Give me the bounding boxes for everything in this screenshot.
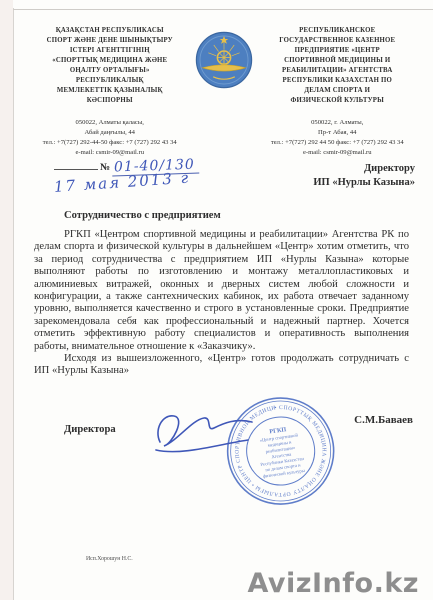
org-name-line: «СПОРТТЫҚ МЕДИЦИНА ЖӘНЕ bbox=[28, 56, 192, 66]
recipient-company: ИП «Нурлы Казына» bbox=[313, 176, 415, 190]
watermark-text: AvizInfo.kz bbox=[248, 568, 420, 599]
address-line: 050022, г. Алматы, bbox=[256, 118, 420, 128]
org-name-line: ГОСУДАРСТВЕННОЕ КАЗЕННОЕ bbox=[256, 36, 420, 46]
address-line: тел.: +7(727) 292 44 50 факс: +7 (727) 2… bbox=[256, 138, 420, 148]
signature-block: Директора • СПОРТТЫҚ МЕДИЦИНА ЖӘНЕ ОҢАЛТ… bbox=[30, 398, 415, 518]
recipient-title: Директору bbox=[313, 162, 415, 176]
letter-body: РГКП «Центром спортивной медицины и реаб… bbox=[34, 229, 409, 378]
org-name-line: ҚАЗАҚСТАН РЕСПУБЛИКАСЫ bbox=[28, 26, 192, 36]
address-line: тел.: +7(727) 292-44-50 факс: +7 (727) 2… bbox=[28, 138, 192, 148]
subject-line: Сотрудничество с предприятием bbox=[64, 210, 221, 221]
body-paragraph: Исходя из вышеизложенного, «Центр» готов… bbox=[34, 353, 409, 378]
org-name-line: ДЕЛАМ СПОРТА И bbox=[256, 86, 420, 96]
org-name-line: РЕСПУБЛИКИ КАЗАХСТАН ПО bbox=[256, 76, 420, 86]
org-name-line: РЕСПУБЛИКАНСКОЕ bbox=[256, 26, 420, 36]
kazakhstan-emblem-icon bbox=[192, 26, 256, 90]
address-line: e-mail: csmir-09@mail.ru bbox=[28, 148, 192, 158]
org-name-line: СПОРТ ЖӘНЕ ДЕНЕ ШЫНЫҚТЫРУ bbox=[28, 36, 192, 46]
org-name-line: РЕСПУБЛИКАЛЫҚ bbox=[28, 76, 192, 86]
address-line: 050022, Алматы қаласы, bbox=[28, 118, 192, 128]
letterhead: ҚАЗАҚСТАН РЕСПУБЛИКАСЫ СПОРТ ЖӘНЕ ДЕНЕ Ш… bbox=[28, 26, 419, 158]
org-name-line: ІСТЕРІ АГЕНТТІГІНІҢ bbox=[28, 46, 192, 56]
recipient-block: Директору ИП «Нурлы Казына» bbox=[313, 158, 415, 197]
letterhead-russian-column: РЕСПУБЛИКАНСКОЕ ГОСУДАРСТВЕННОЕ КАЗЕННОЕ… bbox=[256, 26, 420, 158]
address-block-russian: 050022, г. Алматы, Пр-т Абая, 44 тел.: +… bbox=[256, 118, 420, 158]
address-line: e-mail: csmir-09@mail.ru bbox=[256, 148, 420, 158]
executor-note: Исп.Хорошун Н.С. bbox=[86, 556, 133, 562]
org-name-line: РЕАБИЛИТАЦИИ» АГЕНТСТВА bbox=[256, 66, 420, 76]
org-name-line: МЕМЛЕКЕТТІК ҚАЗЫНАЛЫҚ bbox=[28, 86, 192, 96]
number-sign-label: № bbox=[100, 162, 110, 173]
signer-name: С.М.Баваев bbox=[354, 414, 413, 426]
scan-edge bbox=[0, 0, 13, 600]
org-name-line: ОҢАЛТУ ОРТАЛЫҒЫ» bbox=[28, 66, 192, 76]
org-name-line: ФИЗИЧЕСКОЙ КУЛЬТУРЫ bbox=[256, 96, 420, 106]
scanned-letter-page: ҚАЗАҚСТАН РЕСПУБЛИКАСЫ СПОРТ ЖӘНЕ ДЕНЕ Ш… bbox=[0, 0, 433, 600]
signature-autograph bbox=[148, 400, 268, 465]
address-block-kazakh: 050022, Алматы қаласы, Абай даңғылы, 44 … bbox=[28, 118, 192, 158]
blank-line bbox=[54, 159, 98, 170]
org-name-line: СПОРТИВНОЙ МЕДИЦИНЫ И bbox=[256, 56, 420, 66]
address-line: Абай даңғылы, 44 bbox=[28, 128, 192, 138]
scan-line-left bbox=[13, 8, 14, 600]
reference-row: №01-40/130 17 мая 2013 г Директору ИП «Н… bbox=[30, 158, 415, 197]
signer-role: Директора bbox=[64, 424, 116, 435]
org-name-line: КӘСІПОРНЫ bbox=[28, 96, 192, 106]
org-name-line: ПРЕДПРИЯТИЕ «ЦЕНТР bbox=[256, 46, 420, 56]
outgoing-number-block: №01-40/130 17 мая 2013 г bbox=[30, 158, 274, 197]
address-line: Пр-т Абая, 44 bbox=[256, 128, 420, 138]
letterhead-kazakh-column: ҚАЗАҚСТАН РЕСПУБЛИКАСЫ СПОРТ ЖӘНЕ ДЕНЕ Ш… bbox=[28, 26, 192, 158]
body-paragraph: РГКП «Центром спортивной медицины и реаб… bbox=[34, 229, 409, 353]
scan-line-top bbox=[13, 9, 433, 10]
